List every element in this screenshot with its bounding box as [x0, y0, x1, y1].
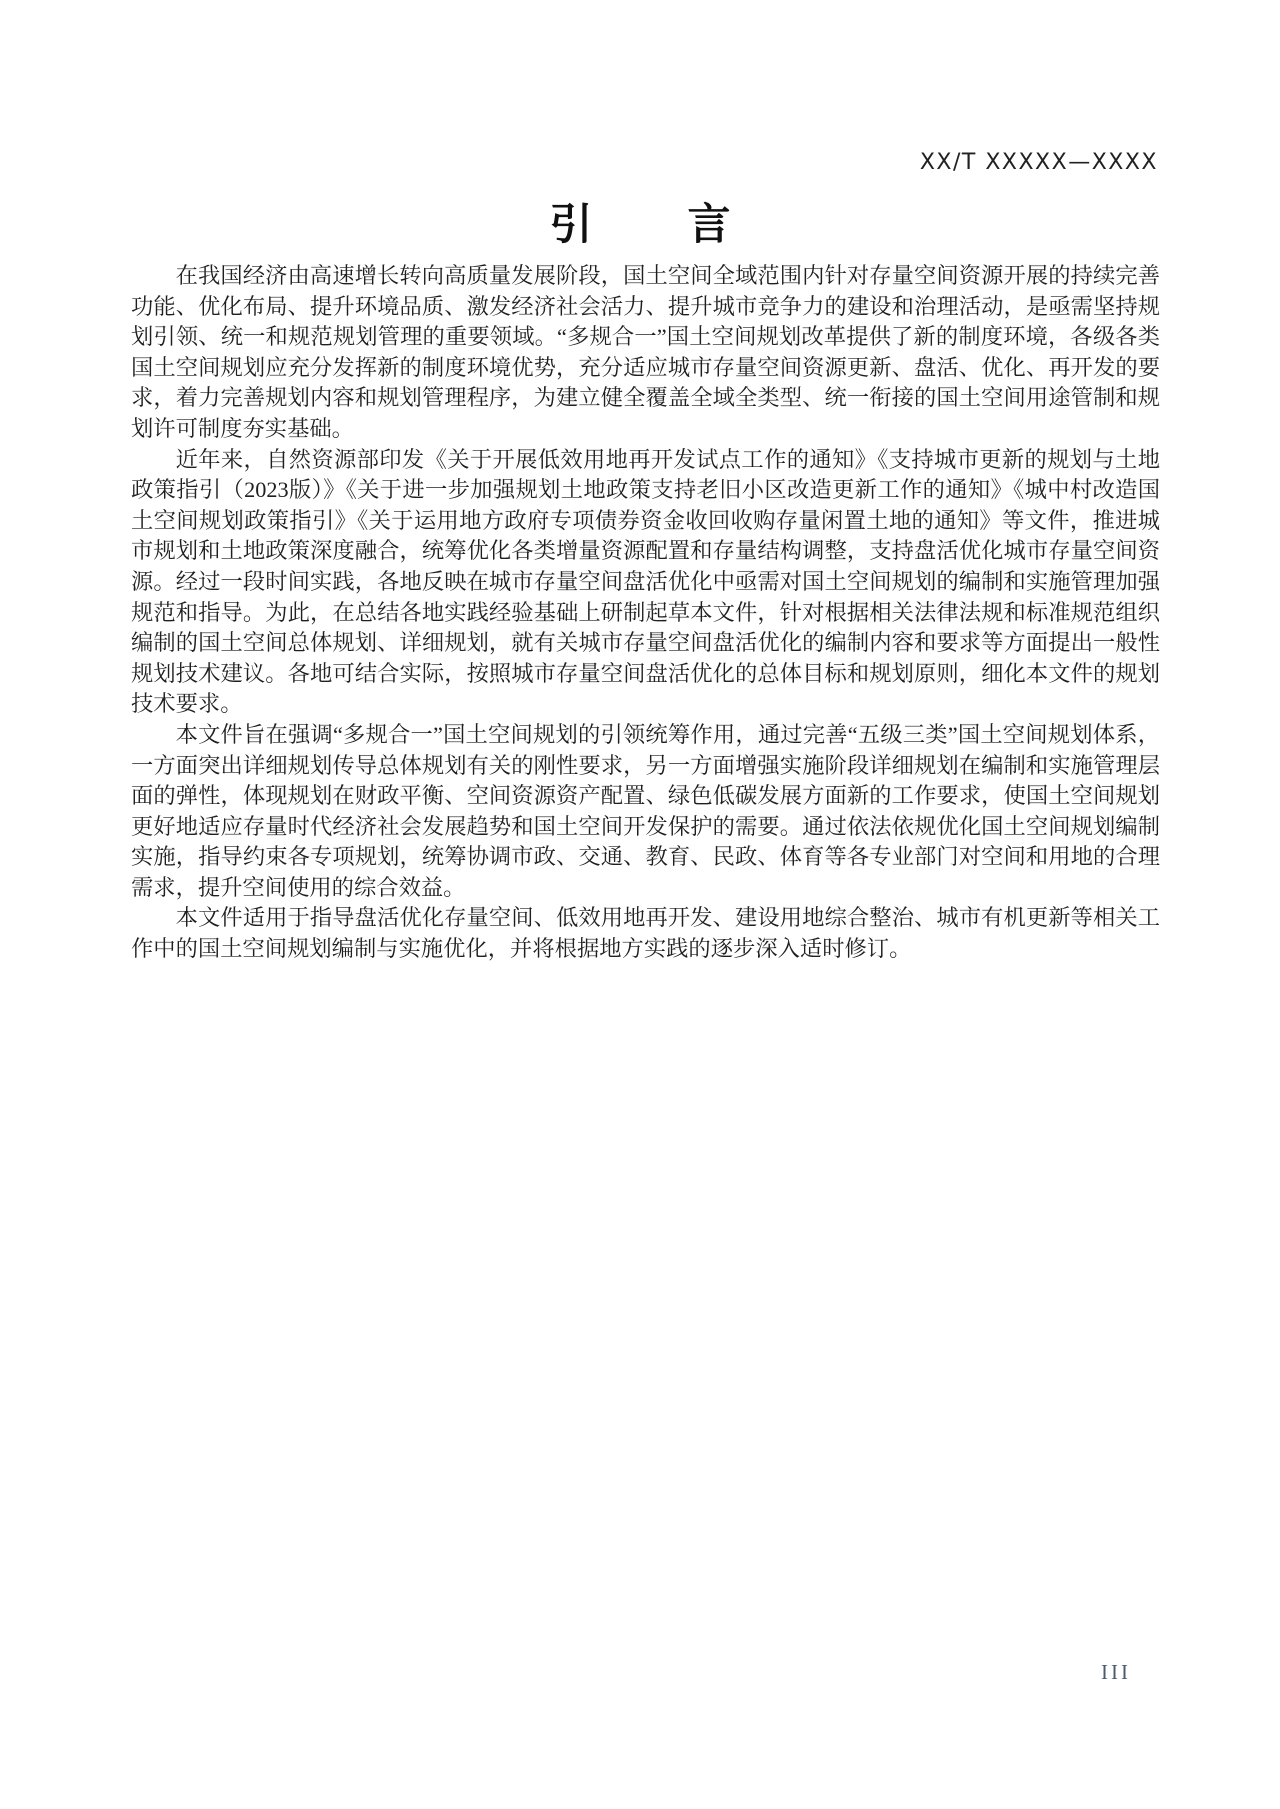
foreword-paragraph: 在我国经济由高速增长转向高质量发展阶段，国土空间全域范围内针对存量空间资源开展的…: [131, 261, 1160, 445]
page-title: 引 言: [0, 191, 1280, 252]
foreword-paragraph: 本文件适用于指导盘活优化存量空间、低效用地再开发、建设用地综合整治、城市有机更新…: [131, 903, 1160, 964]
standard-document-page: XX/T XXXXX—XXXX 引 言 在我国经济由高速增长转向高质量发展阶段，…: [0, 0, 1280, 1809]
page-number: III: [1101, 1660, 1131, 1685]
page-title-text: 引 言: [550, 200, 757, 250]
standard-number-header: XX/T XXXXX—XXXX: [920, 150, 1158, 175]
foreword-paragraph: 本文件旨在强调“多规合一”国土空间规划的引领统筹作用，通过完善“五级三类”国土空…: [131, 720, 1160, 904]
foreword-paragraph: 近年来，自然资源部印发《关于开展低效用地再开发试点工作的通知》《支持城市更新的规…: [131, 445, 1160, 720]
foreword-body: 在我国经济由高速增长转向高质量发展阶段，国土空间全域范围内针对存量空间资源开展的…: [131, 261, 1160, 965]
